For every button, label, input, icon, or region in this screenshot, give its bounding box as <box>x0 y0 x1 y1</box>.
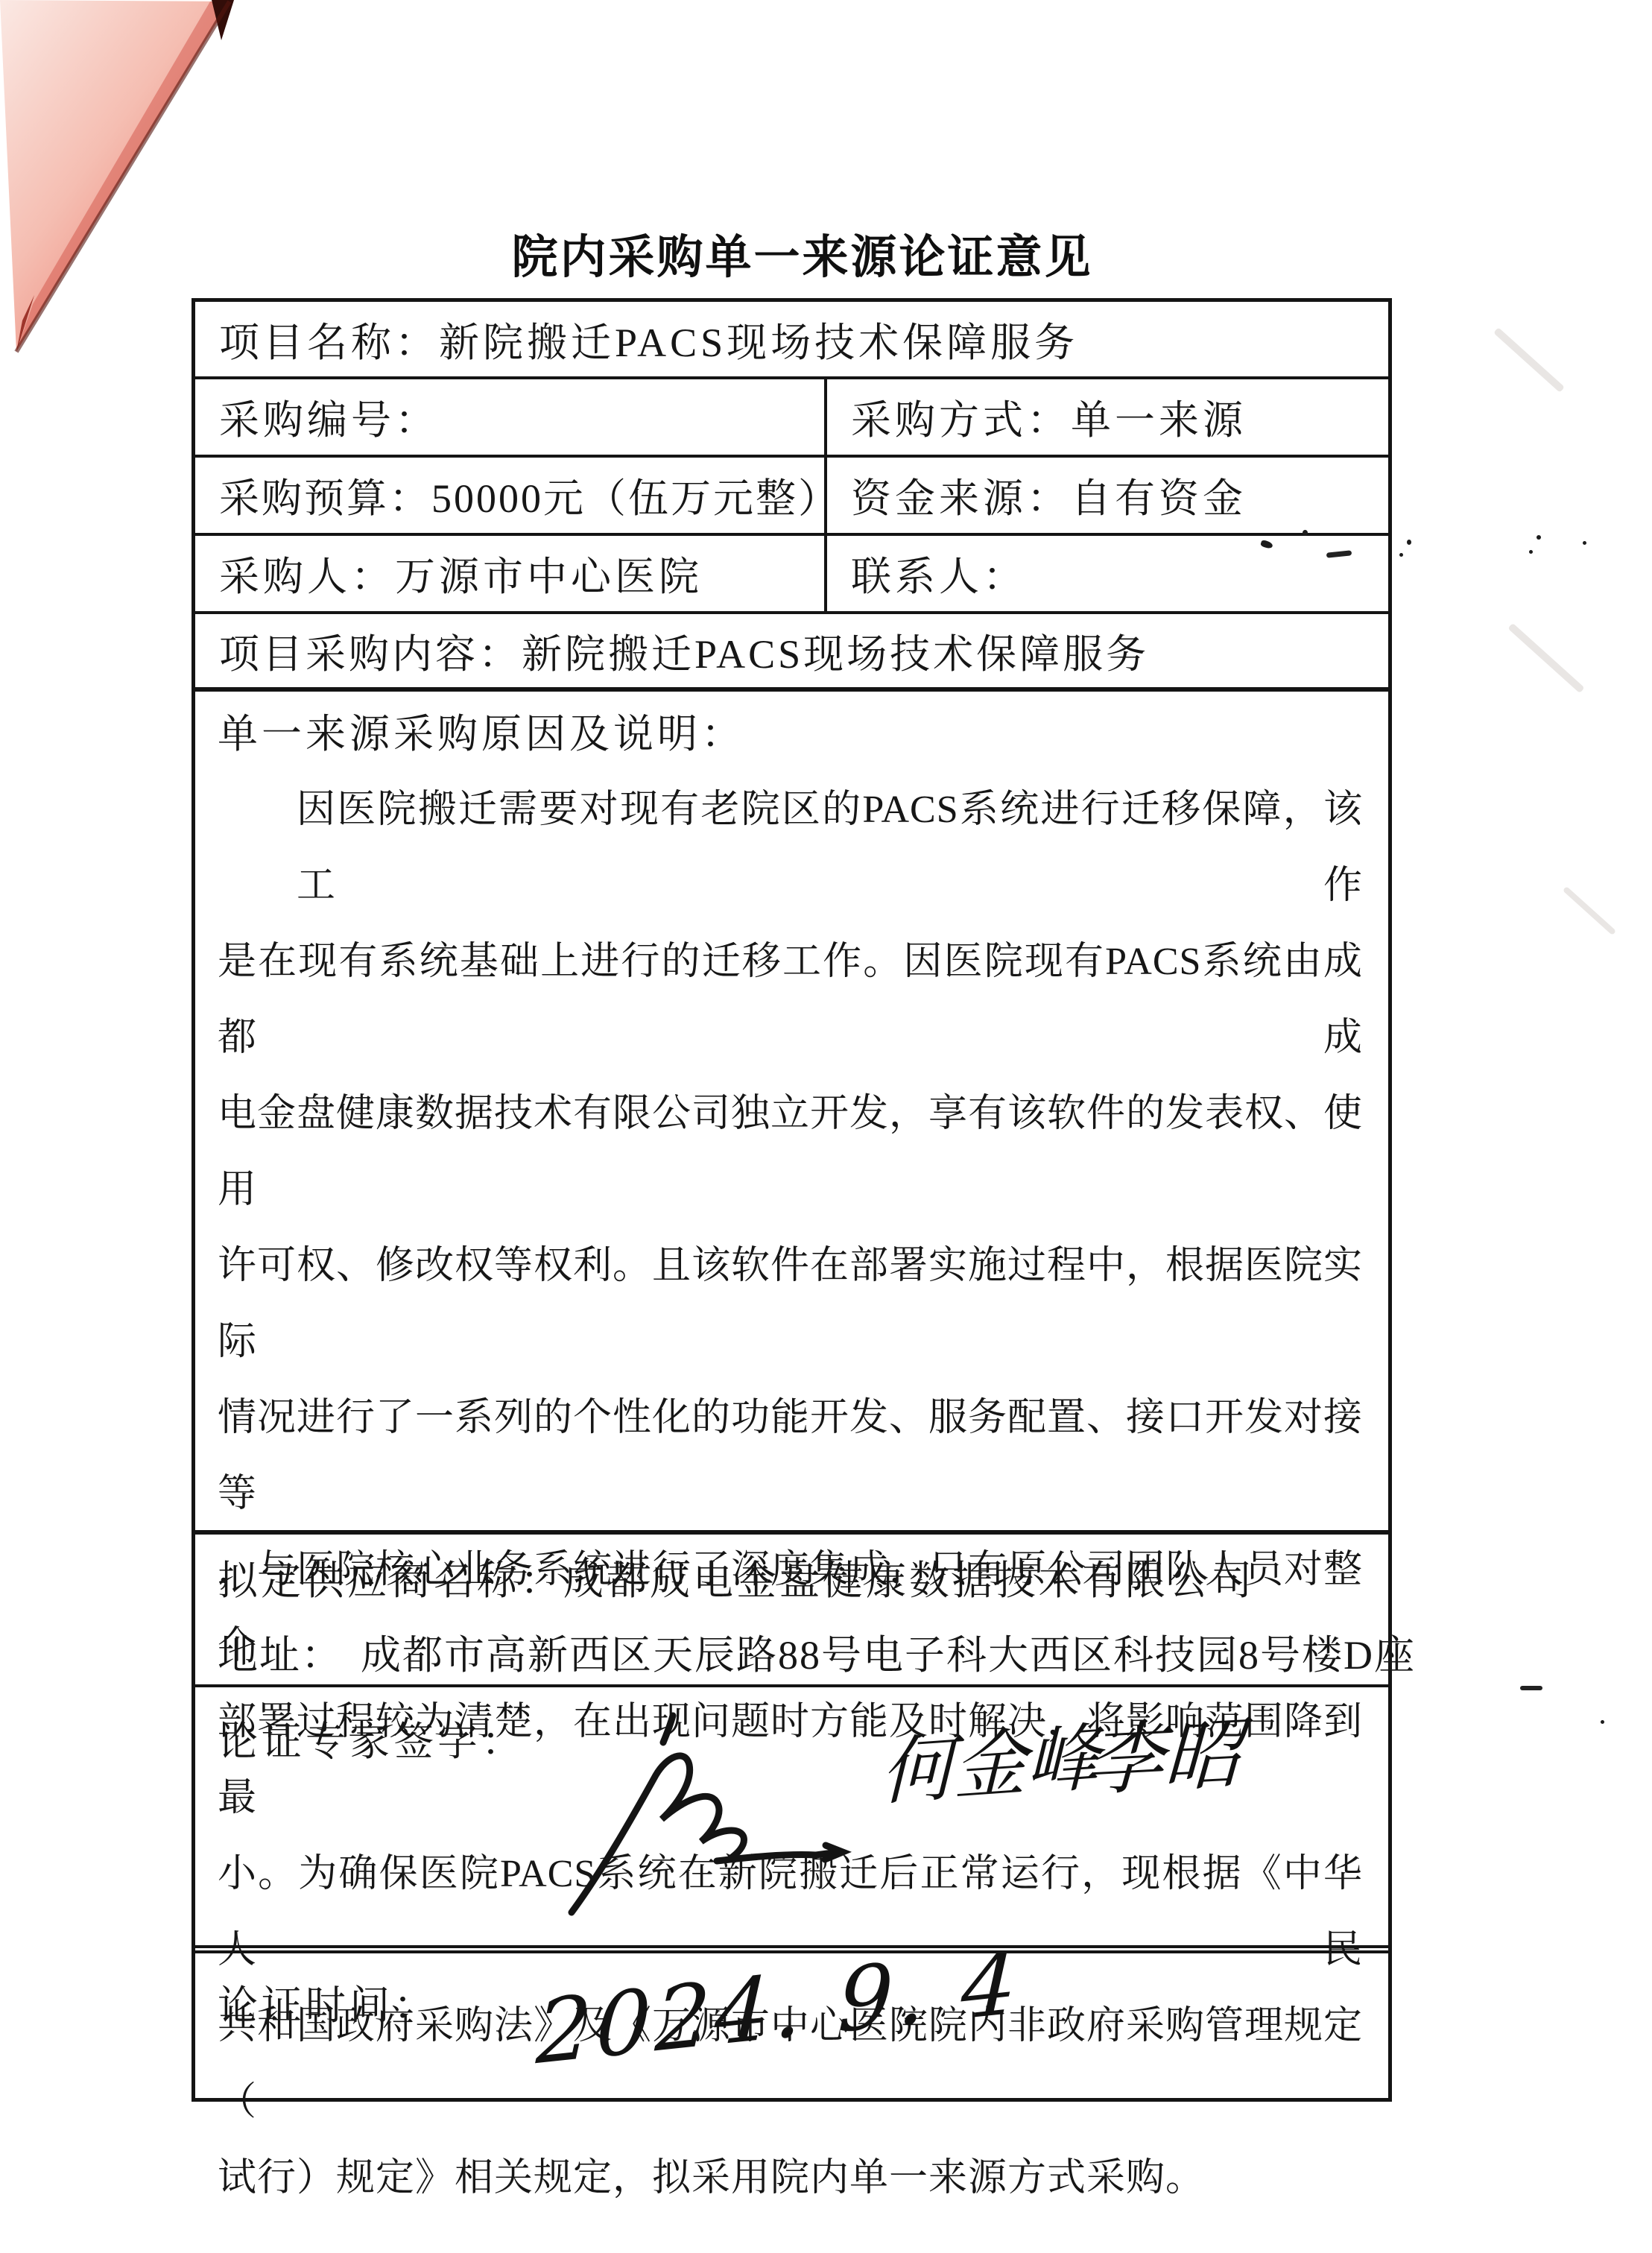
scan-streak <box>1563 886 1616 935</box>
procurement-form-table: 项目名称：新院搬迁PACS现场技术保障服务 采购编号： 采购方式：单一来源 采购… <box>192 298 1392 2102</box>
contact-label: 联系人： <box>851 545 1027 602</box>
purchase-no-label: 采购编号： <box>219 388 439 446</box>
scan-speck <box>1583 541 1586 545</box>
address-value: 成都市高新西区天辰路88号电子科大西区科技园8号楼D座 <box>343 1633 1416 1678</box>
handwritten-date: 2024. 9. 4 <box>195 1953 1388 2098</box>
page-title: 院内采购单一来源论证意见 <box>192 220 1392 286</box>
reason-line: 因医院搬迁需要对现有老院区的PACS系统进行迁移保障，该工作 <box>218 772 1363 924</box>
budget-label: 采购预算： <box>219 467 431 524</box>
scan-streak <box>1493 327 1565 393</box>
scan-speck <box>1537 535 1541 540</box>
signature-name: 何金峰 <box>881 1715 1106 1816</box>
address-label: 地址： <box>218 1633 343 1678</box>
supplier-cell: 拟定供应商名称：成都成电金盘健康数据技术有限公司 地址：成都市高新西区天辰路88… <box>195 1535 1388 1684</box>
project-name-cell: 项目名称：新院搬迁PACS现场技术保障服务 <box>195 302 1388 376</box>
row-purchaser-contact: 采购人：万源市中心医院 联系人： <box>195 533 1388 611</box>
reason-line: 许可权、修改权等权利。且该软件在部署实施过程中，根据医院实际 <box>218 1228 1363 1380</box>
scan-streak <box>1507 623 1584 693</box>
purchase-content-label: 项目采购内容： <box>219 622 522 680</box>
purchaser-cell: 采购人：万源市中心医院 <box>195 536 827 611</box>
project-name-value: 新院搬迁PACS现场技术保障服务 <box>439 311 1078 368</box>
budget-cell: 采购预算：50000元（伍万元整） <box>195 458 827 533</box>
fund-source-value: 自有资金 <box>1071 467 1247 524</box>
scan-speck <box>1601 1720 1604 1724</box>
scan-speck <box>1529 550 1533 554</box>
purchase-method-cell: 采购方式：单一来源 <box>827 379 1388 455</box>
scan-speck <box>1303 530 1308 536</box>
purchaser-label: 采购人： <box>219 545 395 602</box>
scanned-document-page: 院内采购单一来源论证意见 项目名称：新院搬迁PACS现场技术保障服务 采购编号：… <box>0 0 1652 2253</box>
row-project-name: 项目名称：新院搬迁PACS现场技术保障服务 <box>195 302 1388 376</box>
purchase-no-cell: 采购编号： <box>195 379 827 455</box>
row-purchase-no-method: 采购编号： 采购方式：单一来源 <box>195 376 1388 455</box>
purchase-content-value: 新院搬迁PACS现场技术保障服务 <box>522 622 1149 680</box>
reason-line: 试行）规定》相关规定，拟采用院内单一来源方式采购。 <box>218 2140 1363 2216</box>
row-reason: 单一来源采购原因及说明： 因医院搬迁需要对现有老院区的PACS系统进行迁移保障，… <box>195 687 1388 1530</box>
row-purchase-content: 项目采购内容：新院搬迁PACS现场技术保障服务 <box>195 611 1388 687</box>
scan-speck <box>1407 540 1411 545</box>
contact-cell: 联系人： <box>827 536 1388 611</box>
budget-value: 50000元（伍万元整） <box>431 467 841 524</box>
reason-heading: 单一来源采购原因及说明： <box>218 696 1363 772</box>
row-signatures: 论证专家签字： 何金峰 李昭 <box>195 1684 1388 1945</box>
time-value: 2024. 9. 4 <box>534 1953 1023 2085</box>
purchase-method-label: 采购方式： <box>851 388 1071 446</box>
fund-source-label: 资金来源： <box>851 467 1071 524</box>
reason-line: 情况进行了一系列的个性化的功能开发、服务配置、接口开发对接等 <box>218 1380 1363 1532</box>
row-supplier: 拟定供应商名称：成都成电金盘健康数据技术有限公司 地址：成都市高新西区天辰路88… <box>195 1530 1388 1684</box>
row-budget-fund: 采购预算：50000元（伍万元整） 资金来源：自有资金 <box>195 455 1388 533</box>
signature-scribble <box>572 1716 843 1912</box>
scan-speck <box>1520 1686 1542 1690</box>
reason-line: 电金盘健康数据技术有限公司独立开发，享有该软件的发表权、使用 <box>218 1076 1363 1228</box>
purchaser-value: 万源市中心医院 <box>395 545 703 602</box>
supplier-label: 拟定供应商名称： <box>218 1558 563 1603</box>
reason-cell: 单一来源采购原因及说明： 因医院搬迁需要对现有老院区的PACS系统进行迁移保障，… <box>195 692 1388 1530</box>
purchase-method-value: 单一来源 <box>1071 388 1247 446</box>
handwritten-signatures: 何金峰 李昭 <box>195 1687 1388 1945</box>
reason-line: 是在现有系统基础上进行的迁移工作。因医院现有PACS系统由成都成 <box>218 924 1363 1076</box>
supplier-value: 成都成电金盘健康数据技术有限公司 <box>563 1558 1255 1603</box>
row-time: 论证时间： 2024. 9. 4 <box>195 1945 1388 2098</box>
fund-source-cell: 资金来源：自有资金 <box>827 458 1388 533</box>
scan-speck <box>1399 553 1403 557</box>
signature-name: 李昭 <box>1085 1707 1254 1807</box>
purchase-content-cell: 项目采购内容：新院搬迁PACS现场技术保障服务 <box>195 614 1388 687</box>
project-name-label: 项目名称： <box>219 311 439 368</box>
